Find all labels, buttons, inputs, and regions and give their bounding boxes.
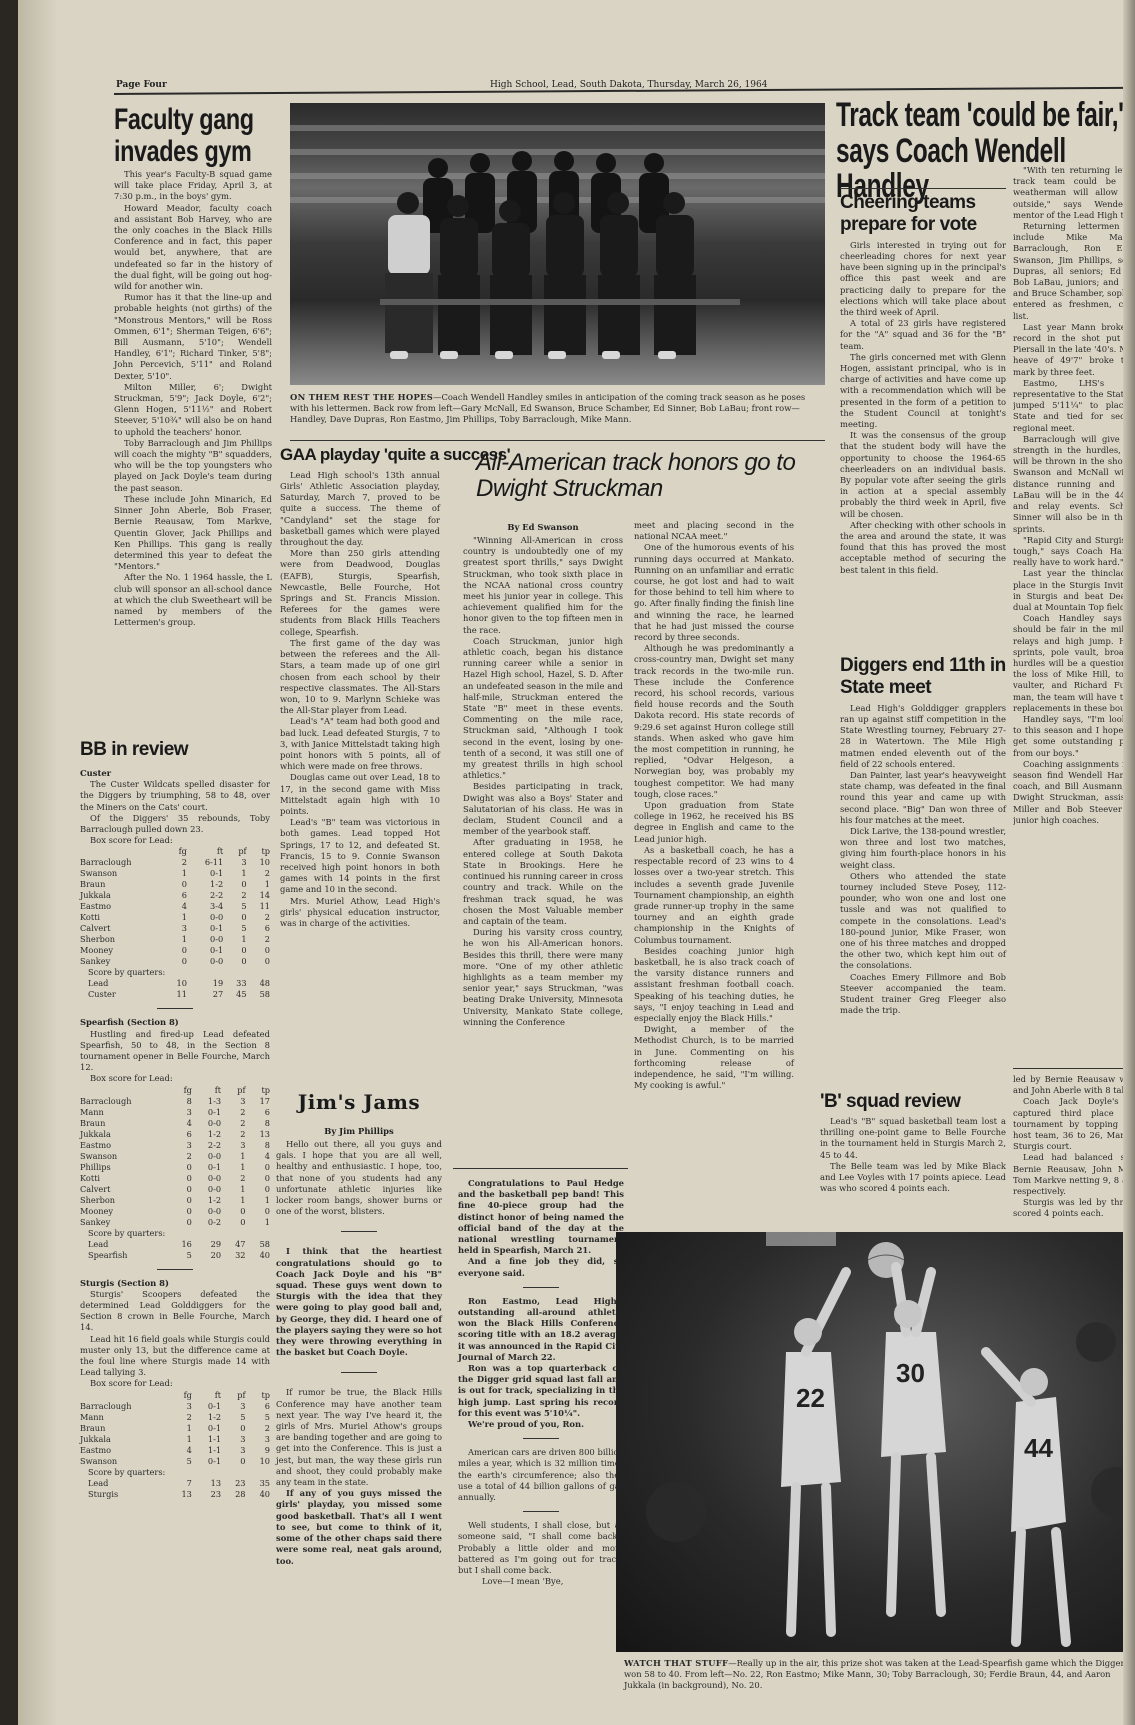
jims-jams-continued: Congratulations to Paul Hedge and the ba… <box>458 1178 624 1588</box>
box-score-row: Mooney00-100 <box>80 945 270 956</box>
section-divider <box>523 1287 559 1288</box>
faculty-headline: Faculty gang invades gym <box>114 104 270 167</box>
b-squad-col2: led by Bernie Reausaw with 9 points and … <box>1013 1074 1135 1224</box>
paragraph: I think that the heartiest congratulatio… <box>276 1246 442 1358</box>
jersey-number: 44 <box>1024 1433 1053 1463</box>
box-score-label: Box score for Lead: <box>80 1378 270 1389</box>
box-score-row: Kotti00-020 <box>80 1173 270 1184</box>
gaa-article: GAA playday 'quite a success' Lead High … <box>280 446 440 929</box>
gaa-body: Lead High school's 13th annual Girls' At… <box>280 470 440 929</box>
paragraph: Coach Jack Doyle's "B" squad captured th… <box>1013 1096 1135 1152</box>
paragraph: Ron was a top quarterback on the Digger … <box>458 1363 624 1419</box>
faculty-article: Faculty gang invades gym This year's Fac… <box>114 104 272 628</box>
jims-jams-doyle: I think that the heartiest congratulatio… <box>276 1246 442 1358</box>
paragraph: After the No. 1 1964 hassle, the L club … <box>114 572 272 628</box>
paragraph: Others who attended the state tourney in… <box>840 871 1006 972</box>
box-score-label: Box score for Lead: <box>80 1073 270 1084</box>
paragraph: This year's Faculty-B squad game will ta… <box>114 169 272 203</box>
paragraph: Douglas came out over Lead, 18 to 17, in… <box>280 772 440 817</box>
box-score-row: Calvert30-156 <box>80 923 270 934</box>
caption-lead: WATCH THAT STUFF <box>624 1658 728 1668</box>
jersey-number: 22 <box>796 1383 825 1413</box>
box-score-row: Swanson50-1010 <box>80 1456 270 1467</box>
cheering-headline: Cheering teams prepare for vote <box>840 192 1006 236</box>
jersey-number: 30 <box>896 1358 925 1388</box>
section-divider <box>341 1372 377 1373</box>
quarters-row: Lead7132335 <box>80 1478 270 1489</box>
paragraph: The Belle team was led by Mike Black and… <box>820 1161 1006 1195</box>
bb-review-article: BB in review Custer The Custer Wildcats … <box>80 740 270 1500</box>
cheering-rule <box>840 188 1006 189</box>
section-divider <box>157 1269 193 1270</box>
box-score-row: Jukkala11-133 <box>80 1434 270 1445</box>
page-label: Page Four <box>116 80 167 90</box>
box-score-row: Sherbon01-211 <box>80 1195 270 1206</box>
box-score-row: Barraclough30-136 <box>80 1401 270 1412</box>
jims-jams-byline: By Jim Phillips <box>276 1126 442 1136</box>
quarters-label: Score by quarters: <box>80 967 270 978</box>
custer-subhead: Custer <box>80 768 270 779</box>
paragraph: Toby Barraclough and Jim Phillips will c… <box>114 438 272 494</box>
signoff: Love—I mean 'Bye, <box>458 1576 624 1587</box>
paragraph: If any of you guys missed the girls' pla… <box>276 1488 442 1566</box>
b-squad-body: Lead's "B" squad basketball team lost a … <box>820 1116 1006 1194</box>
paragraph: Congratulations to Paul Hedge and the ba… <box>458 1178 624 1256</box>
paragraph: The first game of the day was between th… <box>280 638 440 716</box>
box-score-row: Phillips00-110 <box>80 1162 270 1173</box>
paragraph: If rumor be true, the Black Hills Confer… <box>276 1387 442 1488</box>
custer-section: Custer The Custer Wildcats spelled disas… <box>80 768 270 846</box>
paragraph: Lead High school's 13th annual Girls' At… <box>280 470 440 548</box>
box-score-row: Sherbon10-012 <box>80 934 270 945</box>
paragraph: meet and placing second in the national … <box>634 520 794 542</box>
basketball-photo-image: 22 30 44 <box>616 1232 1135 1652</box>
paragraph: The girls concerned met with Glenn Hogen… <box>840 352 1006 430</box>
quarters-row: Custer11274558 <box>80 989 270 1000</box>
struckman-col2: meet and placing second in the national … <box>634 520 794 1091</box>
cars-item: American cars are driven 800 billion mil… <box>458 1447 624 1503</box>
spearfish-section: Spearfish (Section 8) Hustling and fired… <box>80 1017 270 1084</box>
section-divider <box>523 1511 559 1512</box>
box-score-row: Sankey00-201 <box>80 1217 270 1228</box>
box-score-row: Barraclough26-11310 <box>80 857 270 868</box>
box-score-header: fgftpftp <box>80 846 270 857</box>
paragraph: More than 250 girls attending were from … <box>280 548 440 638</box>
struckman-end-rule <box>453 1168 628 1169</box>
newspaper-page: Page Four High School, Lead, South Dakot… <box>18 0 1135 1725</box>
box-score-row: Eastmo32-238 <box>80 1140 270 1151</box>
jims-jams-intro: Hello out there, all you guys and gals. … <box>276 1139 442 1217</box>
section-divider <box>523 1438 559 1439</box>
paragraph: Last year the thinclads took first place… <box>1013 568 1133 613</box>
paragraph: Hustling and fired-up Lead defeated Spea… <box>80 1029 270 1074</box>
faculty-body: This year's Faculty-B squad game will ta… <box>114 169 272 628</box>
paragraph: Coach Struckman, junior high athletic co… <box>463 636 623 782</box>
paragraph: We're proud of you, Ron. <box>458 1419 624 1430</box>
gaa-headline: GAA playday 'quite a success' <box>280 446 440 464</box>
struckman-byline: By Ed Swanson <box>463 522 623 532</box>
paragraph: "Winning All-American in cross country i… <box>463 535 623 636</box>
caption-rule <box>290 440 825 441</box>
sturgis-subhead: Sturgis (Section 8) <box>80 1278 270 1289</box>
paragraph: Well students, I shall close, but as som… <box>458 1520 624 1576</box>
track-team-col: "With ten returning lettermen, our track… <box>1013 165 1133 1065</box>
paragraph: One of the humorous events of his runnin… <box>634 542 794 643</box>
paragraph: Lead's "B" squad basketball team lost a … <box>820 1116 1006 1161</box>
diggers-body: Lead High's Golddigger grapplers ran up … <box>840 703 1006 1017</box>
paragraph: Handley says, "I'm looking forward to th… <box>1013 714 1133 759</box>
box-score-row: Barraclough81-3317 <box>80 1096 270 1107</box>
quarters-row: Spearfish5203240 <box>80 1250 270 1261</box>
box-score-row: Eastmo41-139 <box>80 1445 270 1456</box>
paragraph: Of the Diggers' 35 rebounds, Toby Barrac… <box>80 813 270 835</box>
sturgis-section: Sturgis (Section 8) Sturgis' Scoopers de… <box>80 1278 270 1390</box>
box-score-header: fgftpftp <box>80 1390 270 1401</box>
box-score-row: Mann30-126 <box>80 1107 270 1118</box>
track-team-body: "With ten returning lettermen, our track… <box>1013 165 1133 826</box>
paragraph: These include John Minarich, Ed Sinner J… <box>114 494 272 572</box>
team-photo-image <box>290 103 825 385</box>
paragraph: Sturgis' Scoopers defeated the determine… <box>80 1289 270 1334</box>
struckman-headline: All-American track honors go to Dwight S… <box>476 450 836 503</box>
pep-band-item: Congratulations to Paul Hedge and the ba… <box>458 1178 624 1279</box>
paragraph: Milton Miller, 6'; Dwight Struckman, 5'9… <box>114 382 272 438</box>
box-score-row: Swanson20-014 <box>80 1151 270 1162</box>
jims-jams-rumor: If rumor be true, the Black Hills Confer… <box>276 1387 442 1566</box>
paragraph: Lead's "A" team had both good and bad lu… <box>280 716 440 772</box>
team-photo-caption: ON THEM REST THE HOPES—Coach Wendell Han… <box>290 392 825 425</box>
paragraph: Last year Mann broke the school record i… <box>1013 322 1133 378</box>
box-score-row: Kotti10-002 <box>80 912 270 923</box>
closing-item: Well students, I shall close, but as som… <box>458 1520 624 1587</box>
diggers-article: Diggers end 11th in State meet Lead High… <box>840 655 1006 1016</box>
paragraph: Lead's "B" team was victorious in both g… <box>280 817 440 895</box>
paragraph: Lead had balanced scoring with Bernie Re… <box>1013 1152 1135 1197</box>
basketball-action-photo: 22 30 44 <box>616 1232 1135 1652</box>
paragraph: Mrs. Muriel Athow, Lead High's girls' ph… <box>280 896 440 930</box>
sturgis-box-score: fgftpftp Barraclough30-136 Mann21-255 Br… <box>80 1390 270 1500</box>
cheering-article: Cheering teams prepare for vote Girls in… <box>840 192 1006 576</box>
paragraph: Returning lettermen this year include Mi… <box>1013 221 1133 322</box>
quarters-label: Score by quarters: <box>80 1228 270 1239</box>
paragraph: During his varsity cross country, he won… <box>463 927 623 1028</box>
track-end-rule <box>1013 1068 1135 1069</box>
cheering-body: Girls interested in trying out for cheer… <box>840 240 1006 576</box>
paragraph: Upon graduation from State college in 19… <box>634 800 794 845</box>
paragraph: A total of 23 girls have registered for … <box>840 318 1006 352</box>
box-score-row: Jukkala61-2213 <box>80 1129 270 1140</box>
paragraph: Although he was predominantly a cross-co… <box>634 643 794 800</box>
paragraph: led by Bernie Reausaw with 9 points and … <box>1013 1074 1135 1096</box>
paragraph: Coaching assignments for this track seas… <box>1013 759 1133 826</box>
quarters-row: Sturgis13232840 <box>80 1489 270 1500</box>
paragraph: Coach Handley says his squad should be f… <box>1013 613 1133 714</box>
caption-lead: ON THEM REST THE HOPES <box>290 392 433 402</box>
box-score-row: Mann21-255 <box>80 1412 270 1423</box>
box-score-row: Braun40-028 <box>80 1118 270 1129</box>
diggers-headline: Diggers end 11th in State meet <box>840 655 1006 699</box>
struckman-body-1: "Winning All-American in cross country i… <box>463 535 623 1028</box>
bb-review-headline: BB in review <box>80 740 270 760</box>
box-score-label: Box score for Lead: <box>80 835 270 846</box>
b-squad-article: 'B' squad review Lead's "B" squad basket… <box>820 1092 1006 1194</box>
quarters-label: Score by quarters: <box>80 1467 270 1478</box>
jims-jams-column: Jim's Jams By Jim Phillips Hello out the… <box>276 1090 442 1567</box>
paragraph: And a fine job they did, so everyone sai… <box>458 1256 624 1278</box>
page-right-edge <box>1123 0 1135 1725</box>
box-score-row: Calvert00-010 <box>80 1184 270 1195</box>
track-team-photo <box>290 103 825 385</box>
box-score-row: Sankey00-000 <box>80 956 270 967</box>
paragraph: Besides coaching junior high basketball,… <box>634 946 794 1024</box>
box-score-row: Eastmo43-4511 <box>80 901 270 912</box>
b-squad-body-2: led by Bernie Reausaw with 9 points and … <box>1013 1074 1135 1220</box>
box-score-row: Braun10-102 <box>80 1423 270 1434</box>
page-gutter-shadow <box>18 0 58 1725</box>
struckman-body-2: meet and placing second in the national … <box>634 520 794 1091</box>
section-divider <box>341 1231 377 1232</box>
b-squad-headline: 'B' squad review <box>820 1092 1006 1112</box>
paragraph: Rumor has it that the line-up and probab… <box>114 292 272 382</box>
paragraph: Sturgis was led by three men who scored … <box>1013 1197 1135 1219</box>
custer-box-score: fgftpftp Barraclough26-11310 Swanson10-1… <box>80 846 270 1000</box>
paragraph: Lead hit 16 field goals while Sturgis co… <box>80 1334 270 1379</box>
quarters-row: Lead10193348 <box>80 978 270 989</box>
section-divider <box>157 1008 193 1009</box>
box-score-row: Swanson10-112 <box>80 868 270 879</box>
paragraph: After checking with other schools in the… <box>840 520 1006 576</box>
paragraph: American cars are driven 800 billion mil… <box>458 1447 624 1503</box>
paragraph: The Custer Wildcats spelled disaster for… <box>80 779 270 813</box>
paragraph: Dan Painter, last year's heavyweight sta… <box>840 770 1006 826</box>
paragraph: Besides participating in track, Dwight w… <box>463 781 623 837</box>
paragraph: It was the consensus of the group that t… <box>840 430 1006 520</box>
paragraph: Howard Meador, faculty coach and assista… <box>114 203 272 293</box>
paragraph: Dwight, a member of the Methodist Church… <box>634 1024 794 1091</box>
quarters-row: Lead16294758 <box>80 1239 270 1250</box>
jims-jams-headline: Jim's Jams <box>276 1090 442 1114</box>
paragraph: Hello out there, all you guys and gals. … <box>276 1139 442 1217</box>
paragraph: Girls interested in trying out for cheer… <box>840 240 1006 318</box>
paragraph: Barraclough will give the Diggers streng… <box>1013 434 1133 535</box>
paragraph: Ron Eastmo, Lead High's outstanding all-… <box>458 1296 624 1363</box>
box-score-row: Jukkala62-2214 <box>80 890 270 901</box>
box-score-header: fgftpftp <box>80 1085 270 1096</box>
paragraph: Eastmo, LHS's only '63 representative to… <box>1013 378 1133 434</box>
paragraph: As a basketball coach, he has a respecta… <box>634 845 794 946</box>
struckman-headline-block: All-American track honors go to Dwight S… <box>476 450 836 503</box>
paragraph: Lead High's Golddigger grapplers ran up … <box>840 703 1006 770</box>
spearfish-subhead: Spearfish (Section 8) <box>80 1017 270 1028</box>
eastmo-item: Ron Eastmo, Lead High's outstanding all-… <box>458 1296 624 1430</box>
paragraph: Dick Larive, the 138-pound wrestler, won… <box>840 826 1006 871</box>
paragraph: "Rapid City and Sturgis will be real tou… <box>1013 535 1133 569</box>
basketball-photo-caption: WATCH THAT STUFF—Really up in the air, t… <box>624 1658 1135 1691</box>
spearfish-box-score: fgftpftp Barraclough81-3317 Mann30-126 B… <box>80 1085 270 1261</box>
box-score-row: Braun01-201 <box>80 879 270 890</box>
paragraph: "With ten returning lettermen, our track… <box>1013 165 1133 221</box>
box-score-row: Mooney00-000 <box>80 1206 270 1217</box>
struckman-col1: By Ed Swanson "Winning All-American in c… <box>463 520 623 1028</box>
paragraph: After graduating in 1958, he entered col… <box>463 837 623 927</box>
paragraph: Coaches Emery Fillmore and Bob Steever a… <box>840 972 1006 1017</box>
